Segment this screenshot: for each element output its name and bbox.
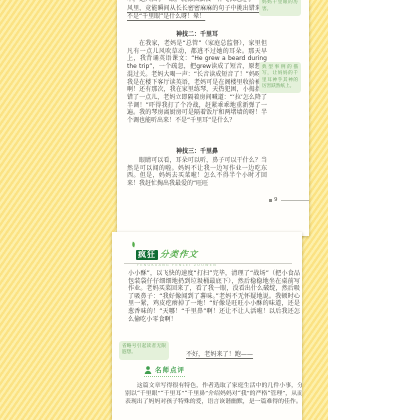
margin-note-thousand-mile-eyes: 动作描写表现出妈妈千里眼的厉害。 (259, 0, 301, 16)
margin-note-ellipsis: 省略号引起读者无限遐想。 (119, 341, 169, 360)
book-page-top: 本，她只扫了一眼，就像扫描仪一样飞快地过了一 风里，竟能瞬间从长长密密麻麻的句子… (117, 0, 309, 236)
section-heading-skill-three: 神技三：千里鼻 (127, 146, 267, 155)
body-paragraph-lead: 风里，竟能瞬间从长长密密麻麻的句子中挑出错来！不是“千里眼”是什么呀！晕！ (127, 5, 267, 20)
body-paragraph-skill-two: 在我家，老妈是“总管”（家庭总监督），家里但凡有一点儿风吹草动，都逃不过她的耳朵… (127, 40, 267, 125)
body-paragraph-clipped: 本，她只扫了一眼，就像扫描仪一样飞快地过了一 (127, 0, 267, 4)
body-paragraph-ending: 不好，老妈来了！跑—— (186, 351, 296, 359)
page-number: 9 (274, 197, 278, 203)
teacher-comment-paragraph: 这篇文章写得很有特色，作者选取了家庭生活中的几件小事，分别以“千里眼”“千里耳”… (125, 382, 302, 407)
body-paragraph-continuation: 小小酥”，以飞快的速度“打扫”完毕，清理了“战场”（把小食品包装袋仔仔细细地扔到… (128, 270, 300, 323)
body-paragraph-skill-three: 眼睛可以看，耳朵可以听，鼻子可以干什么？当然是可以闻的啦。妈妈不让我一边写作业一… (127, 157, 267, 188)
brand-logo-name: 分类作文 (159, 248, 199, 260)
book-page-bottom: 疯狂分类作文 FENGKUANG FENLEI ZUOWEN 小小酥”，以飞快的… (112, 232, 302, 420)
margin-note-thousand-mile-ears: 典型事例的描写，让妈妈的千里耳神乎其神的厉害跃然纸上。 (259, 62, 301, 93)
brand-logo-block: 疯狂 (136, 250, 158, 260)
section-heading-skill-two: 神技二：千里耳 (127, 29, 267, 38)
teacher-icon (144, 366, 152, 374)
footer-rule (281, 200, 310, 201)
footer-square-ornament (269, 199, 272, 202)
page-footer: 9 (269, 196, 309, 204)
teacher-comment-title: 名师点评 (155, 365, 185, 374)
header-divider-rule (124, 263, 292, 264)
teacher-comment-header: 名师点评 (144, 365, 185, 377)
leaf-icon (131, 242, 135, 248)
